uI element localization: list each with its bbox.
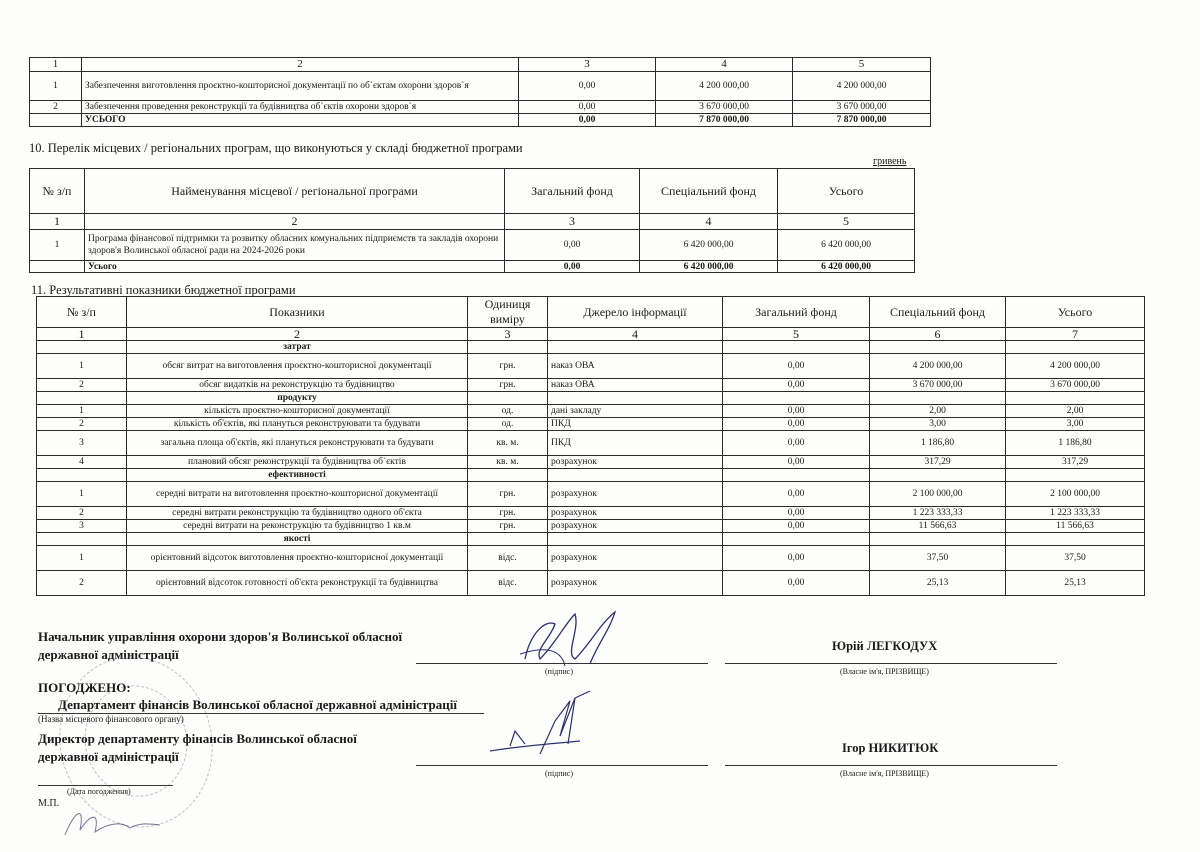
finance-dept-name: Департамент фінансів Волинської обласної… [58, 696, 457, 714]
column-index: 1 [30, 214, 85, 230]
group-name: продукту [127, 392, 468, 405]
info-source: розрахунок [548, 546, 723, 571]
empty-cell [723, 341, 870, 354]
row-number: 1 [37, 354, 127, 379]
column-index: 4 [640, 214, 778, 230]
total: 4 200 000,00 [793, 72, 931, 101]
seal-label: М.П. [38, 798, 59, 809]
table-row: 1середні витрати на виготовлення проєктн… [37, 482, 1145, 507]
general-fund: 0,00 [723, 431, 870, 456]
table-row: 1орієнтовний відсоток виготовлення проєк… [37, 546, 1145, 571]
special-fund: 1 186,80 [870, 431, 1006, 456]
column-header: № з/п [37, 297, 127, 328]
column-index: 3 [519, 58, 656, 72]
special-fund: 7 870 000,00 [656, 114, 793, 127]
general-fund: 0,00 [519, 114, 656, 127]
indicator-name: обсяг витрат на виготовлення проєктно-ко… [127, 354, 468, 379]
column-index: 7 [1006, 328, 1145, 341]
row-number: 3 [37, 431, 127, 456]
direction-name: Забезпечення проведення реконструкції та… [82, 101, 519, 114]
row-number: 1 [30, 230, 85, 261]
table-row: 1Забезпечення виготовлення проєктно-кошт… [30, 72, 931, 101]
total-label: Усього [85, 261, 505, 273]
column-header: Джерело інформації [548, 297, 723, 328]
head-title: Начальник управління охорони здоров'я Во… [38, 628, 438, 664]
empty-cell [870, 533, 1006, 546]
table-index-row: 12345 [30, 214, 915, 230]
director-signature-caption: (підпис) [545, 769, 573, 778]
indicator-name: кількість проєктно-кошторисної документа… [127, 405, 468, 418]
empty-cell [870, 469, 1006, 482]
table-row: 1Програма фінансової підтримки та розвит… [30, 230, 915, 261]
row-number: 2 [37, 379, 127, 392]
empty-cell [723, 392, 870, 405]
special-fund: 3,00 [870, 418, 1006, 431]
table-row: 2середні витрати реконструкцію та будівн… [37, 507, 1145, 520]
table-row: 2обсяг видатків на реконструкцію та буді… [37, 379, 1145, 392]
general-fund: 0,00 [505, 261, 640, 273]
table-header-row: № з/пНайменування місцевої / регіонально… [30, 169, 915, 214]
empty-cell [468, 392, 548, 405]
director-signature-line [416, 765, 708, 766]
unit: кв. м. [468, 431, 548, 456]
table-index-row: 1234567 [37, 328, 1145, 341]
total: 4 200 000,00 [1006, 354, 1145, 379]
empty-cell [468, 341, 548, 354]
column-header: Усього [1006, 297, 1145, 328]
row-number: 2 [37, 507, 127, 520]
column-index: 4 [656, 58, 793, 72]
special-fund: 317,29 [870, 456, 1006, 469]
empty-cell [548, 469, 723, 482]
table-index-row: 12345 [30, 58, 931, 72]
row-number [37, 533, 127, 546]
row-number: 3 [37, 520, 127, 533]
date-line [38, 785, 173, 786]
total: 7 870 000,00 [793, 114, 931, 127]
table-header-row: № з/пПоказникиОдиниця виміруДжерело інфо… [37, 297, 1145, 328]
total: 2,00 [1006, 405, 1145, 418]
group-row: якості [37, 533, 1145, 546]
column-header: Одиниця виміру [468, 297, 548, 328]
empty-cell [870, 341, 1006, 354]
special-fund: 3 670 000,00 [870, 379, 1006, 392]
general-fund: 0,00 [723, 418, 870, 431]
special-fund: 4 200 000,00 [656, 72, 793, 101]
special-fund: 4 200 000,00 [870, 354, 1006, 379]
group-name: ефективності [127, 469, 468, 482]
total: 3 670 000,00 [1006, 379, 1145, 392]
general-fund: 0,00 [519, 72, 656, 101]
column-header: Показники [127, 297, 468, 328]
indicator-name: кількість об'єктів, які плануться реконс… [127, 418, 468, 431]
empty-cell [723, 533, 870, 546]
director-name-line [725, 765, 1057, 766]
indicator-name: орієнтовний відсоток готовності об'єкта … [127, 571, 468, 596]
table-performance-indicators: № з/пПоказникиОдиниця виміруДжерело інфо… [36, 296, 1145, 596]
info-source: розрахунок [548, 482, 723, 507]
table-row: 1кількість проєктно-кошторисної документ… [37, 405, 1145, 418]
special-fund: 25,13 [870, 571, 1006, 596]
column-index: 3 [468, 328, 548, 341]
total: 3,00 [1006, 418, 1145, 431]
date-caption: (Дата погодження) [67, 787, 131, 796]
unit: відс. [468, 546, 548, 571]
unit: од. [468, 405, 548, 418]
empty-cell [548, 533, 723, 546]
head-name-caption: (Власне ім'я, ПРІЗВИЩЕ) [840, 667, 929, 676]
table-row: 2кількість об'єктів, які плануться рекон… [37, 418, 1145, 431]
total: 6 420 000,00 [778, 261, 915, 273]
head-signature-caption: (підпис) [545, 667, 573, 676]
table-regional-programs: № з/пНайменування місцевої / регіонально… [29, 168, 915, 273]
empty-cell [1006, 469, 1145, 482]
column-index: 5 [723, 328, 870, 341]
general-fund: 0,00 [723, 482, 870, 507]
column-index: 6 [870, 328, 1006, 341]
row-number [30, 261, 85, 273]
special-fund: 6 420 000,00 [640, 230, 778, 261]
indicator-name: середні витрати реконструкцію та будівни… [127, 507, 468, 520]
director-signature [480, 686, 630, 761]
column-header: Загальний фонд [723, 297, 870, 328]
info-source: розрахунок [548, 507, 723, 520]
column-index: 4 [548, 328, 723, 341]
unit: грн. [468, 507, 548, 520]
unit: грн. [468, 379, 548, 392]
indicator-name: середні витрати на реконструкцію та буді… [127, 520, 468, 533]
info-source: наказ ОВА [548, 354, 723, 379]
unit: грн. [468, 354, 548, 379]
row-number: 2 [37, 571, 127, 596]
table-row: 2Забезпечення проведення реконструкції т… [30, 101, 931, 114]
general-fund: 0,00 [505, 230, 640, 261]
special-fund: 1 223 333,33 [870, 507, 1006, 520]
director-name: Ігор НИКИТЮК [842, 741, 938, 756]
info-source: розрахунок [548, 456, 723, 469]
program-name: Програма фінансової підтримки та розвитк… [85, 230, 505, 261]
general-fund: 0,00 [723, 520, 870, 533]
table-row: 3середні витрати на реконструкцію та буд… [37, 520, 1145, 533]
indicator-name: орієнтовний відсоток виготовлення проєкт… [127, 546, 468, 571]
head-name: Юрій ЛЕГКОДУХ [832, 639, 937, 654]
head-signature-line [416, 663, 708, 664]
column-header: Усього [778, 169, 915, 214]
unit: відс. [468, 571, 548, 596]
column-header: Спеціальний фонд [640, 169, 778, 214]
special-fund: 37,50 [870, 546, 1006, 571]
group-row: ефективності [37, 469, 1145, 482]
indicator-name: загальна площа об'єктів, які плануться р… [127, 431, 468, 456]
row-number: 4 [37, 456, 127, 469]
info-source: дані закладу [548, 405, 723, 418]
total-row: УСЬОГО0,007 870 000,007 870 000,00 [30, 114, 931, 127]
column-index: 5 [793, 58, 931, 72]
info-source: розрахунок [548, 571, 723, 596]
empty-cell [1006, 392, 1145, 405]
total: 2 100 000,00 [1006, 482, 1145, 507]
unit: грн. [468, 482, 548, 507]
indicator-name: середні витрати на виготовлення проєктно… [127, 482, 468, 507]
group-name: затрат [127, 341, 468, 354]
stamp-signature [60, 800, 170, 845]
column-index: 1 [30, 58, 82, 72]
general-fund: 0,00 [723, 571, 870, 596]
empty-cell [870, 392, 1006, 405]
total: 317,29 [1006, 456, 1145, 469]
info-source: ПКД [548, 418, 723, 431]
director-name-caption: (Власне ім'я, ПРІЗВИЩЕ) [840, 769, 929, 778]
row-number [37, 392, 127, 405]
info-source: розрахунок [548, 520, 723, 533]
general-fund: 0,00 [723, 354, 870, 379]
general-fund: 0,00 [723, 456, 870, 469]
empty-cell [1006, 533, 1145, 546]
column-header: № з/п [30, 169, 85, 214]
table-row: 2орієнтовний відсоток готовності об'єкта… [37, 571, 1145, 596]
empty-cell [723, 469, 870, 482]
empty-cell [548, 341, 723, 354]
unit: грн. [468, 520, 548, 533]
general-fund: 0,00 [723, 507, 870, 520]
total: 11 566,63 [1006, 520, 1145, 533]
total-row: Усього0,006 420 000,006 420 000,00 [30, 261, 915, 273]
head-name-line [725, 663, 1057, 664]
table-program-directions: 123451Забезпечення виготовлення проєктно… [29, 57, 931, 127]
section10-title: 10. Перелік місцевих / регіональних прог… [29, 141, 523, 156]
special-fund: 11 566,63 [870, 520, 1006, 533]
group-row: затрат [37, 341, 1145, 354]
empty-cell [468, 469, 548, 482]
column-header: Спеціальний фонд [870, 297, 1006, 328]
approved-label: ПОГОДЖЕНО: [38, 679, 131, 697]
row-number [37, 341, 127, 354]
row-number: 1 [37, 482, 127, 507]
table-row: 1обсяг витрат на виготовлення проєктно-к… [37, 354, 1145, 379]
group-name: якості [127, 533, 468, 546]
column-index: 1 [37, 328, 127, 341]
direction-name: Забезпечення виготовлення проєктно-кошто… [82, 72, 519, 101]
column-header: Найменування місцевої / регіональної про… [85, 169, 505, 214]
column-index: 5 [778, 214, 915, 230]
row-number: 1 [30, 72, 82, 101]
total-label: УСЬОГО [82, 114, 519, 127]
info-source: ПКД [548, 431, 723, 456]
group-row: продукту [37, 392, 1145, 405]
total: 25,13 [1006, 571, 1145, 596]
indicator-name: плановий обсяг реконструкції та будівниц… [127, 456, 468, 469]
row-number [37, 469, 127, 482]
column-header: Загальний фонд [505, 169, 640, 214]
currency-unit-label: гривень [873, 156, 906, 167]
general-fund: 0,00 [723, 379, 870, 392]
unit: кв. м. [468, 456, 548, 469]
special-fund: 2 100 000,00 [870, 482, 1006, 507]
column-index: 3 [505, 214, 640, 230]
column-index: 2 [82, 58, 519, 72]
info-source: наказ ОВА [548, 379, 723, 392]
column-index: 2 [127, 328, 468, 341]
table-row: 3загальна площа об'єктів, які плануться … [37, 431, 1145, 456]
special-fund: 3 670 000,00 [656, 101, 793, 114]
total: 3 670 000,00 [793, 101, 931, 114]
total: 1 223 333,33 [1006, 507, 1145, 520]
row-number [30, 114, 82, 127]
general-fund: 0,00 [723, 405, 870, 418]
total: 37,50 [1006, 546, 1145, 571]
empty-cell [468, 533, 548, 546]
row-number: 2 [30, 101, 82, 114]
row-number: 1 [37, 546, 127, 571]
empty-cell [1006, 341, 1145, 354]
general-fund: 0,00 [519, 101, 656, 114]
unit: од. [468, 418, 548, 431]
special-fund: 2,00 [870, 405, 1006, 418]
empty-cell [548, 392, 723, 405]
total: 1 186,80 [1006, 431, 1145, 456]
total: 6 420 000,00 [778, 230, 915, 261]
finance-dept-caption: (Назва місцевого фінансового органу) [38, 714, 184, 724]
row-number: 1 [37, 405, 127, 418]
special-fund: 6 420 000,00 [640, 261, 778, 273]
indicator-name: обсяг видатків на реконструкцію та будів… [127, 379, 468, 392]
director-title: Директор департаменту фінансів Волинсько… [38, 730, 398, 766]
column-index: 2 [85, 214, 505, 230]
general-fund: 0,00 [723, 546, 870, 571]
table-row: 4плановий обсяг реконструкції та будівни… [37, 456, 1145, 469]
row-number: 2 [37, 418, 127, 431]
